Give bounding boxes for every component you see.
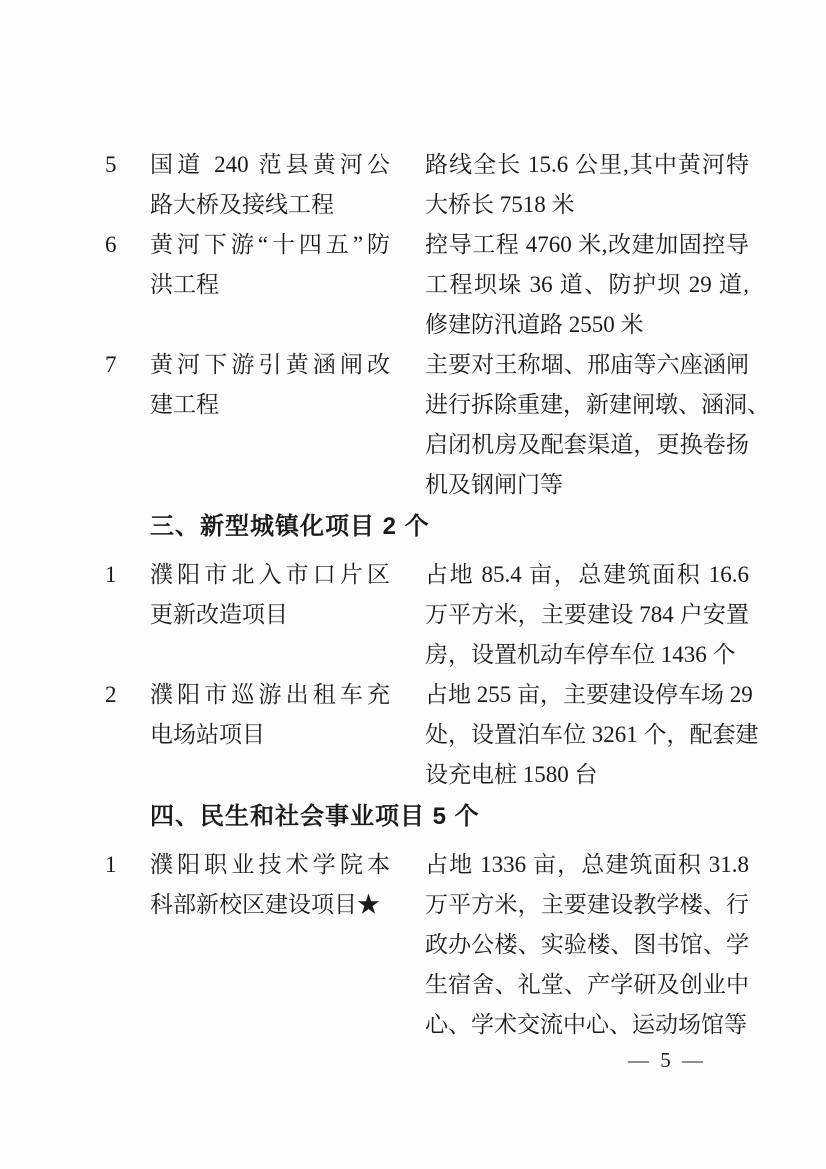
project-number: 7 — [105, 345, 150, 385]
project-name: 黄河下游“十四五”防洪工程 — [150, 225, 390, 305]
text-line: 濮阳市巡游出租车充 — [150, 675, 390, 715]
table-row: 5 国道 240 范县黄河公路大桥及接线工程 路线全长 15.6 公里,其中黄河… — [105, 145, 753, 225]
section-heading: 三、新型城镇化项目 2 个 — [150, 507, 753, 547]
text-line: 设充电桩 1580 台 — [425, 755, 749, 795]
table-row: 6 黄河下游“十四五”防洪工程 控导工程 4760 米,改建加固控导工程坝垛 3… — [105, 225, 753, 345]
section-heading: 四、民生和社会事业项目 5 个 — [150, 797, 753, 837]
project-number: 6 — [105, 225, 150, 265]
table-row: 1 濮阳职业技术学院本科部新校区建设项目★ 占地 1336 亩，总建筑面积 31… — [105, 845, 753, 1045]
project-name: 黄河下游引黄涵闸改建工程 — [150, 345, 390, 425]
project-description: 主要对王称堌、邢庙等六座涵闸进行拆除重建，新建闸墩、涵洞、启闭机房及配套渠道，更… — [425, 345, 749, 505]
table-row: 1 濮阳市北入市口片区更新改造项目 占地 85.4 亩，总建筑面积 16.6万平… — [105, 555, 753, 675]
project-section: 5 国道 240 范县黄河公路大桥及接线工程 路线全长 15.6 公里,其中黄河… — [105, 145, 753, 505]
page-number: — 5 — — [628, 1048, 706, 1072]
text-line: 濮阳职业技术学院本 — [150, 845, 390, 885]
text-line: 政办公楼、实验楼、图书馆、学 — [425, 925, 749, 965]
table-row: 7 黄河下游引黄涵闸改建工程 主要对王称堌、邢庙等六座涵闸进行拆除重建，新建闸墩… — [105, 345, 753, 505]
project-number: 1 — [105, 555, 150, 595]
text-line: 濮阳市北入市口片区 — [150, 555, 390, 595]
text-line: 机及钢闸门等 — [425, 465, 749, 505]
project-list: 5 国道 240 范县黄河公路大桥及接线工程 路线全长 15.6 公里,其中黄河… — [105, 145, 753, 1045]
project-name: 国道 240 范县黄河公路大桥及接线工程 — [150, 145, 390, 225]
section-rows: 1 濮阳市北入市口片区更新改造项目 占地 85.4 亩，总建筑面积 16.6万平… — [105, 555, 753, 795]
project-section: 三、新型城镇化项目 2 个 1 濮阳市北入市口片区更新改造项目 占地 85.4 … — [105, 507, 753, 795]
text-line: 万平方米，主要建设教学楼、行 — [425, 885, 749, 925]
text-line: 建工程 — [150, 385, 390, 425]
project-description: 占地 255 亩，主要建设停车场 29处，设置泊车位 3261 个，配套建设充电… — [425, 675, 749, 795]
project-number: 2 — [105, 675, 150, 715]
project-name: 濮阳市巡游出租车充电场站项目 — [150, 675, 390, 755]
project-number: 1 — [105, 845, 150, 885]
text-line: 万平方米，主要建设 784 户安置 — [425, 595, 749, 635]
text-line: 占地 1336 亩，总建筑面积 31.8 — [425, 845, 749, 885]
text-line: 工程坝垛 36 道、防护坝 29 道, — [425, 265, 749, 305]
text-line: 洪工程 — [150, 265, 390, 305]
text-line: 电场站项目 — [150, 715, 390, 755]
text-line: 占地 85.4 亩，总建筑面积 16.6 — [425, 555, 749, 595]
text-line: 房，设置机动车停车位 1436 个 — [425, 635, 749, 675]
text-line: 占地 255 亩，主要建设停车场 29 — [425, 675, 749, 715]
project-name: 濮阳市北入市口片区更新改造项目 — [150, 555, 390, 635]
text-line: 启闭机房及配套渠道，更换卷扬 — [425, 425, 749, 465]
text-line: 生宿舍、礼堂、产学研及创业中 — [425, 965, 749, 1005]
section-rows: 1 濮阳职业技术学院本科部新校区建设项目★ 占地 1336 亩，总建筑面积 31… — [105, 845, 753, 1045]
project-name: 濮阳职业技术学院本科部新校区建设项目★ — [150, 845, 390, 925]
text-line: 修建防汛道路 2550 米 — [425, 305, 749, 345]
document-page: 5 国道 240 范县黄河公路大桥及接线工程 路线全长 15.6 公里,其中黄河… — [0, 0, 826, 1169]
project-description: 控导工程 4760 米,改建加固控导工程坝垛 36 道、防护坝 29 道,修建防… — [425, 225, 749, 345]
text-line: 黄河下游引黄涵闸改 — [150, 345, 390, 385]
text-line: 更新改造项目 — [150, 595, 390, 635]
text-line: 黄河下游“十四五”防 — [150, 225, 390, 265]
text-line: 控导工程 4760 米,改建加固控导 — [425, 225, 749, 265]
text-line: 路大桥及接线工程 — [150, 185, 390, 225]
table-row: 2 濮阳市巡游出租车充电场站项目 占地 255 亩，主要建设停车场 29处，设置… — [105, 675, 753, 795]
project-description: 占地 85.4 亩，总建筑面积 16.6万平方米，主要建设 784 户安置房，设… — [425, 555, 749, 675]
project-section: 四、民生和社会事业项目 5 个 1 濮阳职业技术学院本科部新校区建设项目★ 占地… — [105, 797, 753, 1045]
text-line: 处，设置泊车位 3261 个，配套建 — [425, 715, 749, 755]
section-rows: 5 国道 240 范县黄河公路大桥及接线工程 路线全长 15.6 公里,其中黄河… — [105, 145, 753, 505]
text-line: 心、学术交流中心、运动场馆等 — [425, 1005, 749, 1045]
project-number: 5 — [105, 145, 150, 185]
text-line: 科部新校区建设项目★ — [150, 885, 390, 925]
text-line: 进行拆除重建，新建闸墩、涵洞、 — [425, 385, 749, 425]
text-line: 国道 240 范县黄河公 — [150, 145, 390, 185]
project-description: 占地 1336 亩，总建筑面积 31.8万平方米，主要建设教学楼、行政办公楼、实… — [425, 845, 749, 1045]
project-description: 路线全长 15.6 公里,其中黄河特大桥长 7518 米 — [425, 145, 749, 225]
text-line: 大桥长 7518 米 — [425, 185, 749, 225]
text-line: 主要对王称堌、邢庙等六座涵闸 — [425, 345, 749, 385]
text-line: 路线全长 15.6 公里,其中黄河特 — [425, 145, 749, 185]
